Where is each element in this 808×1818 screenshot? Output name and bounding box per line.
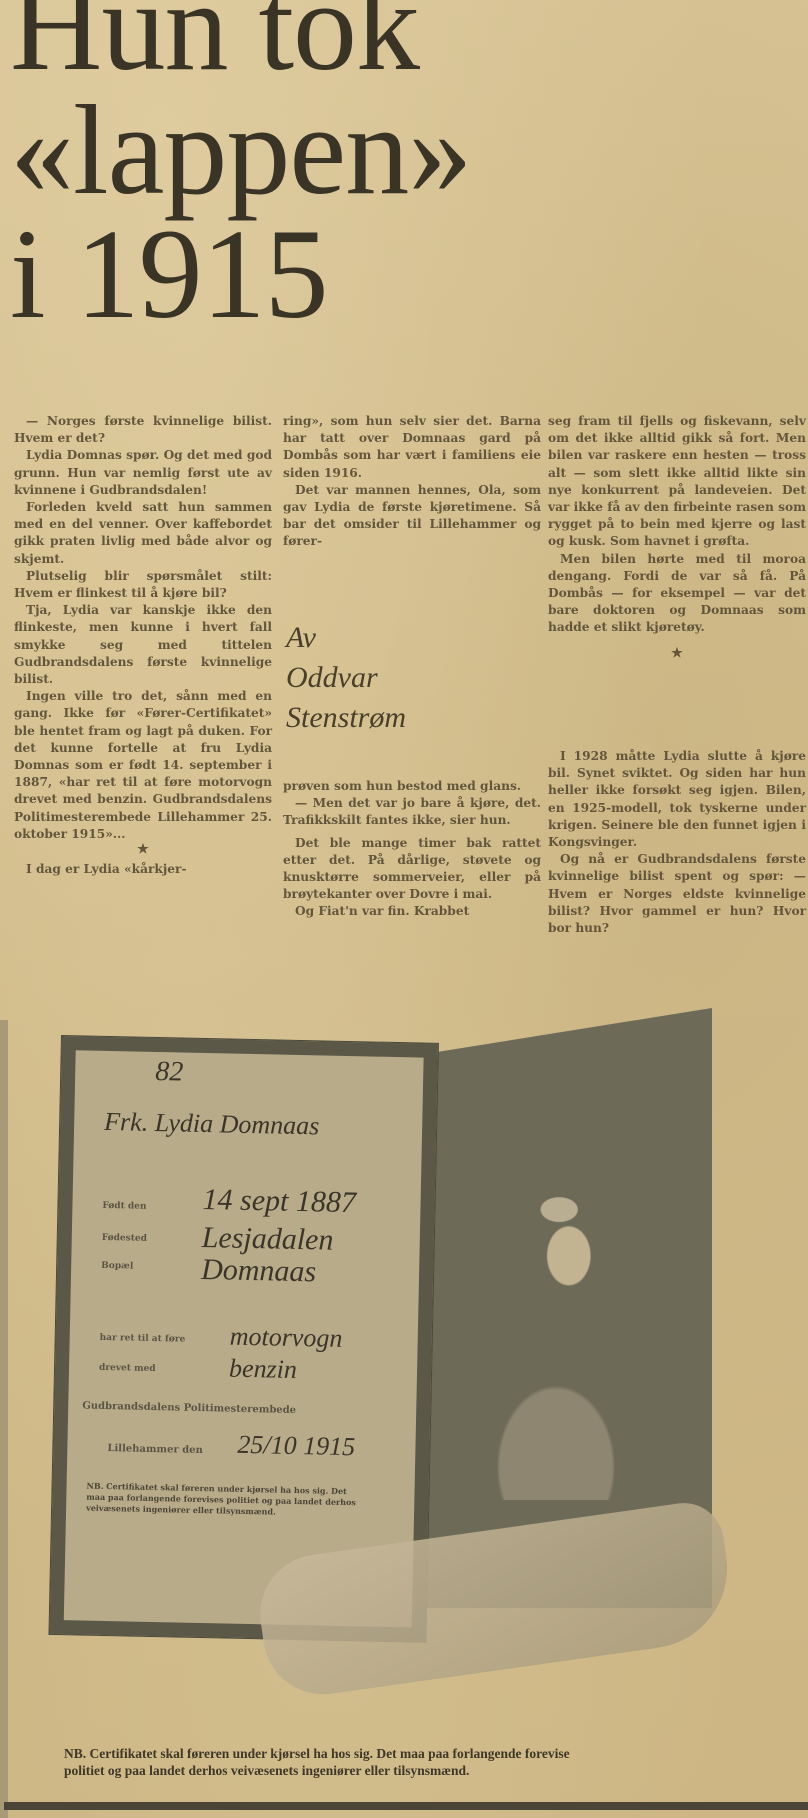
paragraph: Plutselig blir spørsmålet stilt: Hvem er… [14, 568, 272, 602]
paragraph: — Norges første kvinnelige bilist. Hvem … [14, 413, 272, 447]
paragraph: Tja, Lydia var kanskje ikke den flinkest… [14, 602, 272, 688]
certificate-number: 82 [155, 1056, 184, 1089]
caption-line-1: NB. Certifikatet skal føreren under kjør… [64, 1745, 804, 1762]
paragraph: ring», som hun selv sier det. Barna har … [283, 413, 541, 482]
right-label: har ret til at føre [100, 1333, 186, 1345]
certificate-name: Frk. Lydia Domnaas [104, 1107, 320, 1141]
headline-line-2: «lappen» [10, 88, 471, 212]
article-column-2-top: ring», som hun selv sier det. Barna har … [283, 413, 541, 551]
article-column-3-bottom: I 1928 måtte Lydia slutte å kjøre bil. S… [548, 748, 806, 937]
star-separator-icon: ★ [14, 843, 272, 857]
paragraph: — Men det var jo bare å kjøre, det. Traf… [283, 795, 541, 829]
headline-line-3: i 1915 [10, 212, 471, 336]
right-value: motorvogn [229, 1322, 342, 1354]
driven-value: benzin [229, 1354, 298, 1385]
article-column-1: — Norges første kvinnelige bilist. Hvem … [14, 413, 272, 878]
star-separator-icon: ★ [548, 647, 806, 661]
born-label: Født den [102, 1201, 146, 1212]
headline: Hun tok «lappen» i 1915 [10, 0, 471, 336]
article-column-3-top: seg fram til fjells og fiskevann, selv o… [548, 413, 806, 661]
paragraph: Lydia Domnas spør. Og det med god grunn.… [14, 447, 272, 499]
torn-edge [0, 1020, 8, 1818]
birthplace-value: Lesjadalen [201, 1221, 333, 1258]
bottom-rule [4, 1802, 808, 1810]
paragraph: Men bilen hørte med til moroa dengang. F… [548, 551, 806, 637]
byline-first-name: Oddvar [286, 658, 406, 698]
birthplace-label: Fødested [102, 1233, 147, 1244]
paragraph: Og nå er Gudbrandsdalens første kvinneli… [548, 851, 806, 937]
portrait-photo [476, 1170, 636, 1500]
issue-date: 25/10 1915 [237, 1430, 355, 1462]
certificate-fine-print: NB. Certifikatet skal føreren under kjør… [86, 1481, 367, 1520]
paragraph: prøven som hun bestod med glans. [283, 778, 541, 795]
paragraph: Det ble mange timer bak rattet etter det… [283, 835, 541, 904]
certificate-photo: 82 Frk. Lydia Domnaas Født den 14 sept 1… [40, 1000, 780, 1720]
paragraph: seg fram til fjells og fiskevann, selv o… [548, 413, 806, 551]
residence-value: Domnaas [201, 1253, 317, 1289]
paragraph: I dag er Lydia «kårkjer- [14, 861, 272, 878]
born-value: 14 sept 1887 [202, 1183, 356, 1220]
byline-prefix: Av [286, 618, 406, 658]
office-name: Gudbrandsdalens Politimesterembede [82, 1401, 296, 1416]
driven-label: drevet med [99, 1363, 156, 1374]
headline-line-1: Hun tok [10, 0, 471, 88]
byline-last-name: Stenstrøm [286, 698, 406, 738]
residence-label: Bopæl [101, 1261, 133, 1272]
paragraph: Ingen ville tro det, sånn med en gang. I… [14, 688, 272, 843]
paragraph: I 1928 måtte Lydia slutte å kjøre bil. S… [548, 748, 806, 851]
place-label: Lillehammer den [107, 1443, 203, 1456]
paragraph: Og Fiat'n var fin. Krabbet [283, 903, 541, 920]
paragraph: Det var mannen hennes, Ola, som gav Lydi… [283, 482, 541, 551]
paragraph: Forleden kveld satt hun sammen med en de… [14, 499, 272, 568]
caption-line-2: politiet og paa landet derhos veivæsenet… [64, 1762, 804, 1779]
photo-caption: NB. Certifikatet skal føreren under kjør… [64, 1745, 804, 1779]
article-column-2-bottom: prøven som hun bestod med glans. — Men d… [283, 778, 541, 921]
byline: Av Oddvar Stenstrøm [286, 618, 406, 738]
